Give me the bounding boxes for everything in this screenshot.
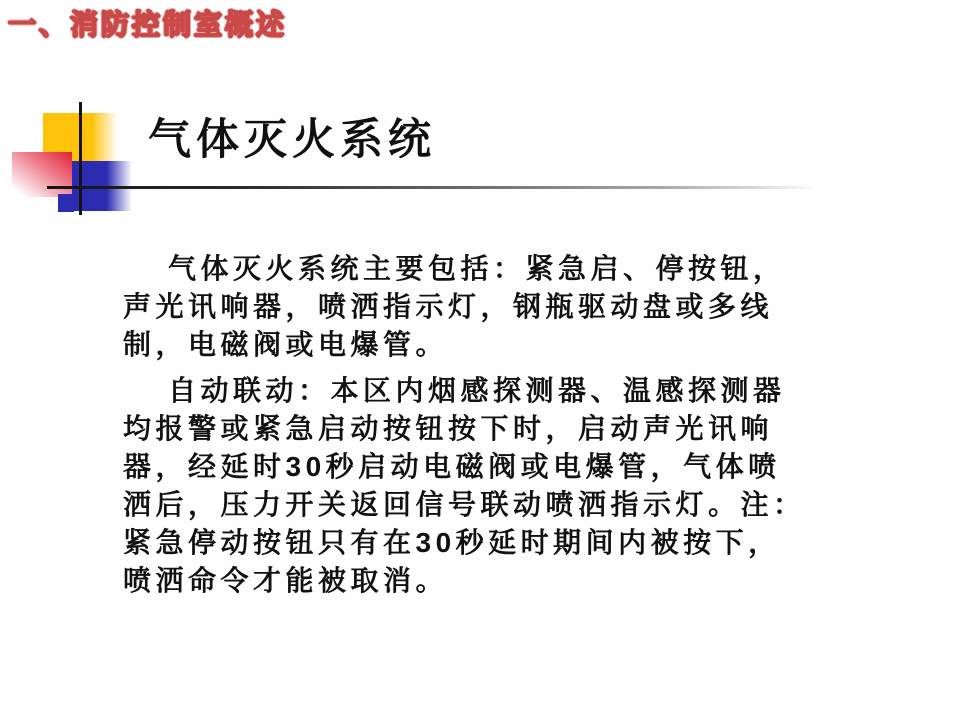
body-line: 气体灭火系统主要包括：紧急启、停按钮， [123,250,823,288]
body-line: 喷洒命令才能被取消。 [123,562,823,600]
body-text-block: 气体灭火系统主要包括：紧急启、停按钮， 声光讯响器，喷洒指示灯，钢瓶驱动盘或多线… [123,250,823,600]
body-paragraph-1: 气体灭火系统主要包括：紧急启、停按钮， 声光讯响器，喷洒指示灯，钢瓶驱动盘或多线… [123,250,823,364]
slide-title: 气体灭火系统 [148,106,436,167]
body-line: 制，电磁阀或电爆管。 [123,326,823,364]
accent-red-square [12,152,72,197]
accent-blue-notch [58,194,74,212]
title-divider-rule [47,186,832,189]
body-paragraph-2: 自动联动：本区内烟感探测器、温感探测器 均报警或紧急启动按钮按下时，启动声光讯响… [123,372,823,600]
slide-canvas: 一、消防控制室概述 气体灭火系统 气体灭火系统主要包括：紧急启、停按钮， 声光讯… [0,0,960,720]
body-line: 器，经延时30秒启动电磁阀或电爆管，气体喷 [123,448,823,486]
body-line: 洒后，压力开关返回信号联动喷洒指示灯。注： [123,486,823,524]
body-line: 紧急停动按钮只有在30秒延时期间内被按下， [123,524,823,562]
slide-header: 一、消防控制室概述 [8,3,287,43]
accent-vertical-line [79,102,82,215]
body-line: 自动联动：本区内烟感探测器、温感探测器 [123,372,823,410]
body-line: 声光讯响器，喷洒指示灯，钢瓶驱动盘或多线 [123,288,823,326]
body-line: 均报警或紧急启动按钮按下时，启动声光讯响 [123,410,823,448]
